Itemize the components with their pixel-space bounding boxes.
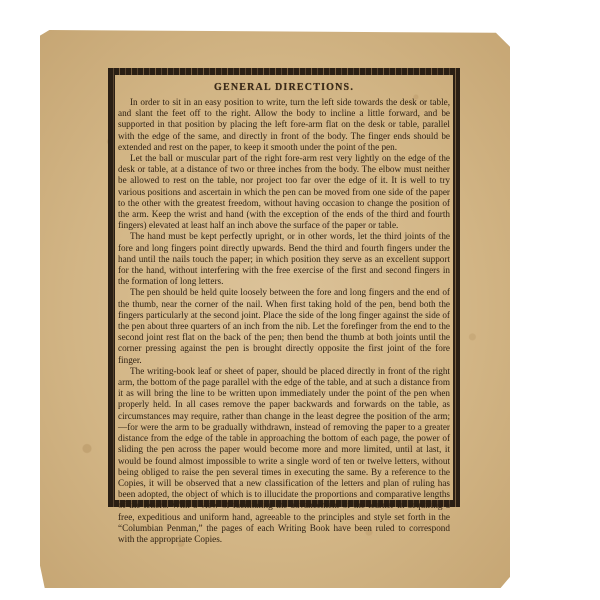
paragraph: The hand must be kept perfectly upright,… (118, 231, 450, 287)
paragraph: The pen should be held quite loosely bet… (118, 287, 450, 365)
paragraph: Let the ball or muscular part of the rig… (118, 153, 450, 231)
paragraph: The writing-book leaf or sheet of paper,… (118, 366, 450, 545)
page-title: General Directions. (118, 82, 450, 93)
document-body: General Directions. In order to sit in a… (118, 80, 450, 545)
paragraph: In order to sit in an easy position to w… (118, 97, 450, 153)
